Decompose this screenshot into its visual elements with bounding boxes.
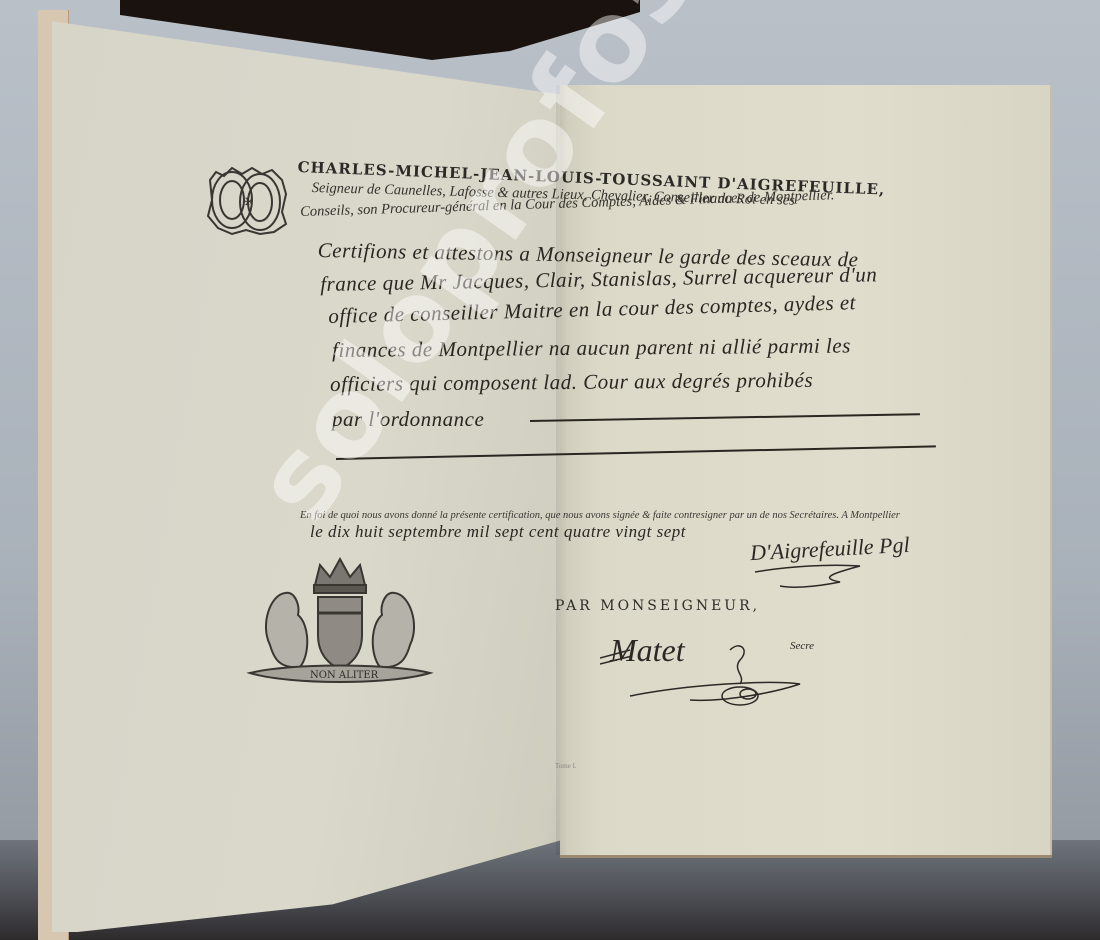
handwritten-line-5: officiers qui composent lad. Cour aux de… — [330, 368, 813, 397]
closing-date: le dix huit septembre mil sept cent quat… — [310, 522, 686, 542]
page-signature-mark: Tome I. — [555, 762, 577, 770]
fill-line-2 — [336, 445, 936, 459]
countersign-label: PAR MONSEIGNEUR, — [555, 598, 760, 614]
svg-text:✠: ✠ — [243, 197, 251, 208]
handwritten-line-4: finances de Montpellier na aucun parent … — [332, 333, 851, 363]
heraldic-seal-icon: ✠ — [202, 160, 292, 240]
certificate-content: ✠ CHARLES-MICHEL-JEAN-LOUIS-TOUSSAINT D'… — [0, 0, 1100, 940]
closing-statement: En foi de quoi nous avons donné la prése… — [300, 510, 900, 521]
signature-flourish-icon — [750, 560, 890, 590]
handwritten-line-3: office de conseiller Maitre en la cour d… — [328, 290, 856, 329]
svg-text:NON ALITER: NON ALITER — [310, 670, 379, 681]
signature-flourish-2-icon — [600, 640, 810, 710]
handwritten-line-6: par l'ordonnance — [332, 407, 484, 432]
coat-of-arms-icon: NON ALITER — [240, 555, 440, 705]
fill-line-1 — [530, 413, 920, 421]
